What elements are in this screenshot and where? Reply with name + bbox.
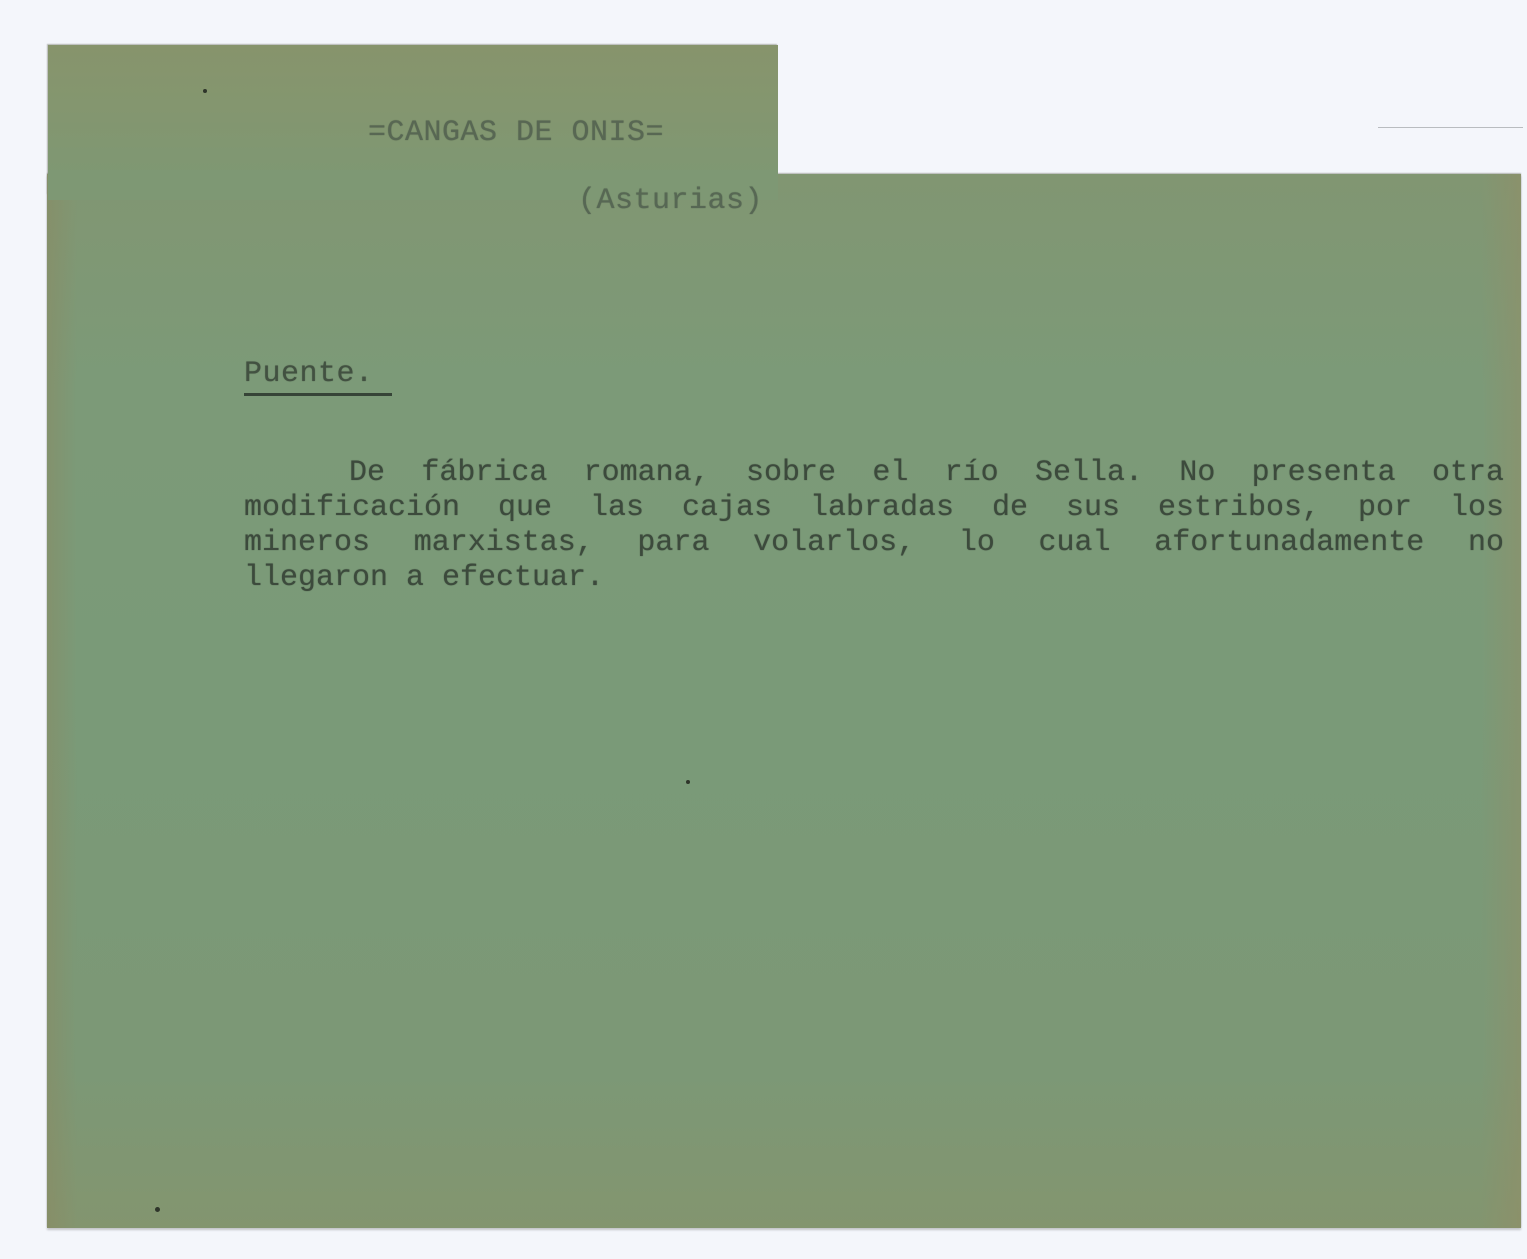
paper-speck <box>686 780 690 784</box>
paper-speck <box>203 89 207 93</box>
paragraph-line: modificación que las cajas labradas de s… <box>244 491 1504 526</box>
paragraph-line: mineros marxistas, para volarlos, lo cua… <box>244 526 1504 561</box>
card-title: =CANGAS DE ONIS= <box>368 116 664 150</box>
paragraph-line: De fábrica romana, sobre el río Sella. N… <box>244 456 1504 491</box>
paragraph-line: llegaron a efectuar. <box>244 561 1504 596</box>
scanner-edge-mark <box>1378 127 1523 128</box>
description-paragraph: De fábrica romana, sobre el río Sella. N… <box>244 456 1504 596</box>
paper-speck <box>155 1207 160 1212</box>
section-heading: Puente. <box>244 357 392 396</box>
card-subtitle: (Asturias) <box>578 184 763 218</box>
index-card <box>47 174 1521 1228</box>
